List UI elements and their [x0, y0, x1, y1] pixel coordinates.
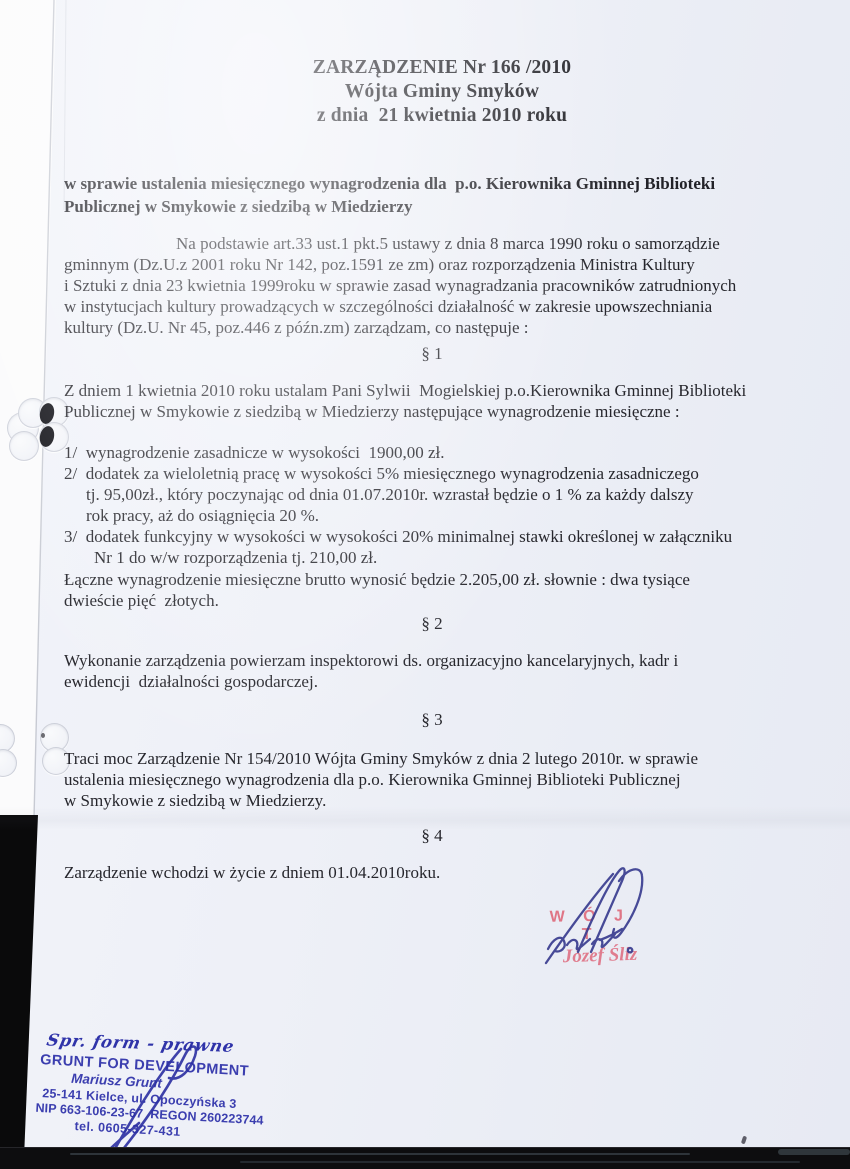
section-3-paragraph: Traci moc Zarządzenie Nr 154/2010 Wójta …: [64, 748, 698, 811]
list-item-continuation: tj. 95,00zł., który poczynając od dnia 0…: [64, 484, 732, 505]
section-3-line: ustalenia miesięcznego wynagrodzenia dla…: [64, 769, 698, 790]
total-line: dwieście pięć złotych.: [64, 590, 690, 611]
basis-line: gminnym (Dz.U.z 2001 roku Nr 142, poz.15…: [64, 254, 736, 275]
mayor-stamp-title: W Ó J T: [538, 907, 643, 945]
section-1-intro: Z dniem 1 kwietnia 2010 roku ustalam Pan…: [64, 380, 746, 422]
scan-bottom-edge: [0, 1147, 850, 1169]
section-2-paragraph: Wykonanie zarządzenia powierzam inspekto…: [64, 650, 678, 692]
section-4-line: Zarządzenie wchodzi w życie z dniem 01.0…: [64, 862, 440, 883]
list-item: 1/ wynagrodzenie zasadnicze w wysokości …: [64, 442, 732, 463]
document-scan: ZARZĄDZENIE Nr 166 /2010 Wójta Gminy Smy…: [0, 0, 850, 1169]
title-line: Wójta Gminy Smyków: [34, 80, 850, 104]
section-2-line: ewidencji działalności gospodarczej.: [64, 671, 678, 692]
list-item-continuation: rok pracy, aż do osiągnięcia 20 %.: [64, 505, 732, 526]
legal-basis-paragraph: Na podstawie art.33 ust.1 pkt.5 ustawy z…: [64, 233, 736, 338]
section-4-paragraph: Zarządzenie wchodzi w życie z dniem 01.0…: [64, 862, 440, 883]
company-stamp: Spr. form - prawne GRUNT FOR DEVELOPMENT…: [36, 1028, 251, 1143]
section-2-line: Wykonanie zarządzenia powierzam inspekto…: [64, 650, 678, 671]
salary-components-list: 1/ wynagrodzenie zasadnicze w wysokości …: [64, 442, 732, 568]
basis-line: i Sztuki z dnia 23 kwietnia 1999roku w s…: [64, 275, 736, 296]
list-item: 2/ dodatek za wieloletnią pracę w wysoko…: [64, 463, 732, 484]
subject-line: w sprawie ustalenia miesięcznego wynagro…: [64, 172, 715, 195]
section-mark-2: § 2: [64, 614, 800, 634]
scan-edge-streak: [778, 1149, 850, 1155]
document-title: ZARZĄDZENIE Nr 166 /2010 Wójta Gminy Smy…: [34, 56, 850, 128]
document-subject: w sprawie ustalenia miesięcznego wynagro…: [64, 172, 715, 218]
list-item: 3/ dodatek funkcyjny w wysokości w wysok…: [64, 526, 732, 547]
section-3-line: w Smykowie z siedzibą w Miedzierzy.: [64, 790, 698, 811]
section-1-line: Publicznej w Smykowie z siedzibą w Miedz…: [64, 401, 746, 422]
paper-speck: [41, 733, 45, 738]
section-3-line: Traci moc Zarządzenie Nr 154/2010 Wójta …: [64, 748, 698, 769]
section-mark-4: § 4: [64, 826, 800, 846]
list-item-continuation: Nr 1 do w/w rozporządzenia tj. 210,00 zł…: [64, 547, 732, 568]
basis-line: kultury (Dz.U. Nr 45, poz.446 z późn.zm)…: [64, 317, 736, 338]
section-1-line: Z dniem 1 kwietnia 2010 roku ustalam Pan…: [64, 380, 746, 401]
section-mark-1: § 1: [64, 344, 800, 364]
subject-line: Publicznej w Smykowie z siedzibą w Miedz…: [64, 195, 715, 218]
basis-line: Na podstawie art.33 ust.1 pkt.5 ustawy z…: [64, 233, 736, 254]
mayor-stamp-name: Józef Śliz: [540, 943, 661, 969]
basis-line: w instytucjach kultury prowadzących w sz…: [64, 296, 736, 317]
section-mark-3: § 3: [64, 710, 800, 730]
total-line: Łączne wynagrodzenie miesięczne brutto w…: [64, 569, 690, 590]
punch-hole: [9, 431, 39, 461]
total-salary-paragraph: Łączne wynagrodzenie miesięczne brutto w…: [64, 569, 690, 611]
title-line: ZARZĄDZENIE Nr 166 /2010: [34, 56, 850, 80]
scan-edge-streak: [70, 1153, 690, 1155]
title-line: z dnia 21 kwietnia 2010 roku: [34, 104, 850, 128]
punch-hole: [0, 749, 17, 777]
scan-edge-streak: [240, 1161, 800, 1163]
